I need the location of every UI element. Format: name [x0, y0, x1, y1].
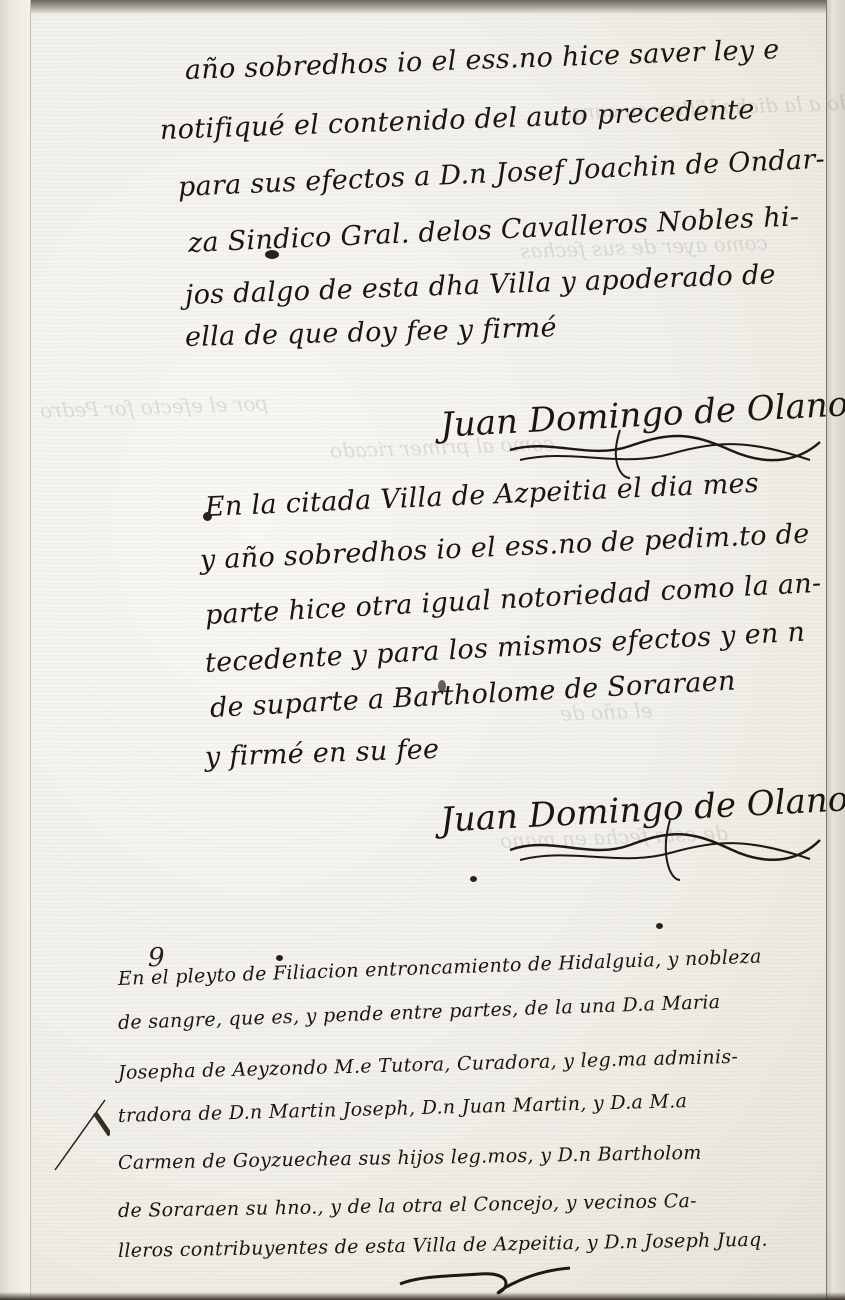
section3-line1: En el pleyto de Filiacion entroncamiento… [118, 946, 762, 990]
section1-line6: ella de que doy fee y firmé [185, 312, 558, 353]
section3-line4: tradora de D.n Martin Joseph, D.n Juan M… [118, 1090, 688, 1127]
section2-line2: y año sobredhos io el ess.no de pedim.to… [199, 518, 810, 576]
section1-line4: za Sindico Gral. delos Cavalleros Nobles… [187, 201, 800, 259]
closing-flourish [390, 1262, 590, 1296]
section1-line1: año sobredhos io el ess.no hice saver le… [184, 34, 780, 86]
section3-line6: de Soraraen su hno., y de la otra el Con… [118, 1190, 697, 1222]
manuscript-page: uando a la dicha Villa y su cargo como a… [0, 0, 845, 1300]
ink-blot [438, 680, 446, 692]
section3-line5: Carmen de Goyzuechea sus hijos leg.mos, … [118, 1142, 702, 1174]
page-bottom-edge [0, 1292, 845, 1300]
section1-line2: notifiqué el contenido del auto preceden… [159, 94, 755, 146]
ink-blot [656, 923, 663, 929]
ink-blot [276, 955, 283, 961]
ink-blot [203, 512, 212, 521]
section3-line7: lleros contribuyentes de esta Villa de A… [118, 1229, 768, 1262]
ink-blot [470, 876, 477, 882]
section1-line3: para sus efectos a D.n Josef Joachin de … [177, 144, 825, 203]
page-left-fold [0, 0, 31, 1300]
section3-line3: Josepha de Aeyzondo M.e Tutora, Curadora… [118, 1046, 739, 1084]
binding-gutter [826, 0, 845, 1300]
margin-pen-stroke [50, 1095, 110, 1175]
signature-rubric-1 [470, 420, 830, 480]
ink-blot [265, 250, 279, 259]
section1-line5: jos dalgo de esta dha Villa y apoderado … [184, 259, 776, 311]
section3-line2: de sangre, que es, y pende entre partes,… [118, 991, 721, 1034]
signature-rubric-2 [470, 815, 830, 885]
bleed-through-text: por el efecto for Pedro [40, 391, 269, 423]
section2-line6: y firmé en su fee [204, 734, 439, 773]
page-top-edge [0, 0, 845, 14]
